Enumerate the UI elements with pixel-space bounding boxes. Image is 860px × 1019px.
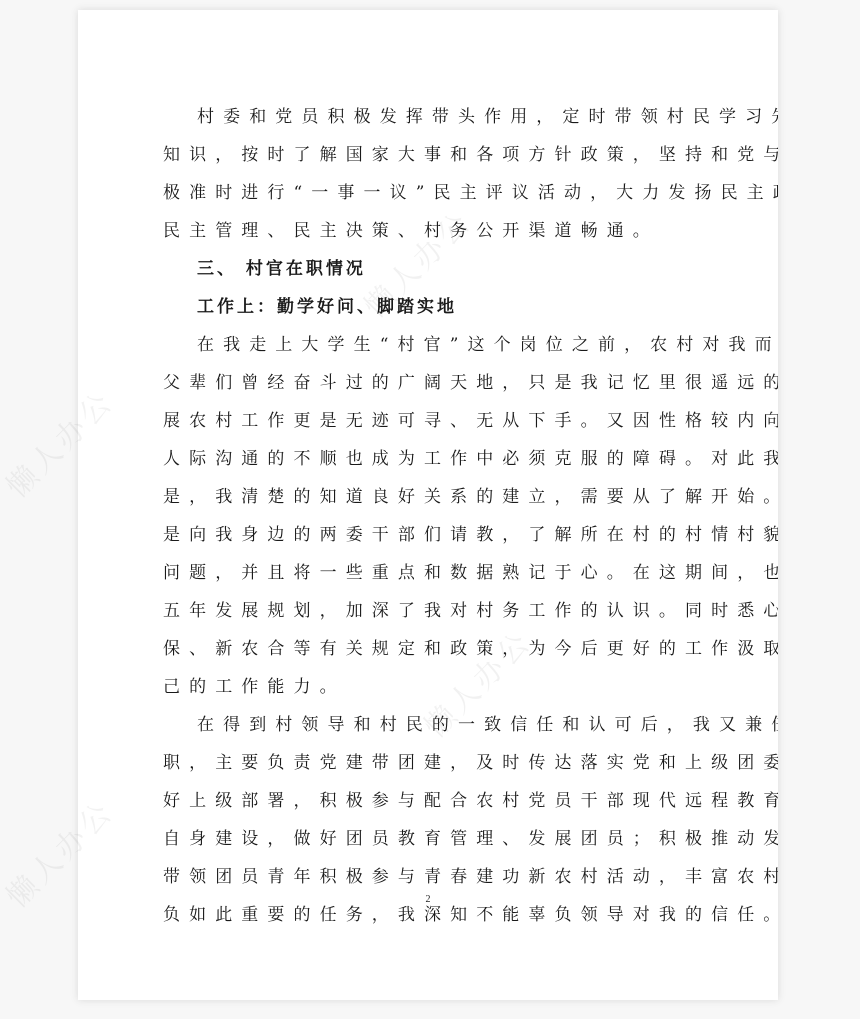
page-number: 2 bbox=[78, 894, 778, 905]
paragraph-line: 是，我清楚的知道良好关系的建立，需要从了解开始。所以我鼓起勇气，先 bbox=[163, 478, 723, 516]
subsection-heading: 工作上：勤学好问、脚踏实地 bbox=[163, 288, 723, 326]
paragraph-line: 自身建设，做好团员教育管理、发展团员；积极推动发展，团结支部一班人， bbox=[163, 820, 723, 858]
paragraph-line: 在得到村领导和村民的一致信任和认可后，我又兼任了村团支部书记一 bbox=[163, 706, 723, 744]
paragraph-line: 是向我身边的两委干部们请教，了解所在村的村情村貌以及现阶段所存在的 bbox=[163, 516, 723, 554]
paragraph-line: 职，主要负责党建带团建，及时传达落实党和上级团委的决议和指示，落实 bbox=[163, 744, 723, 782]
paragraph-line: 极准时进行“一事一议”民主评议活动，大力发扬民主政治风气。倡导 bbox=[163, 174, 723, 212]
paragraph-line: 知识，按时了解国家大事和各项方针政策，坚持和党与时俱进。每月积 bbox=[163, 136, 723, 174]
paragraph-line: 五年发展规划，加深了我对村务工作的认识。同时悉心学习计划生育、新农 bbox=[163, 592, 723, 630]
paragraph-line: 保、新农合等有关规定和政策，为今后更好的工作汲取知识和经验，提高自 bbox=[163, 630, 723, 668]
paragraph-line: 人际沟通的不顺也成为工作中必须克服的障碍。对此我苦恼过很长时间，但 bbox=[163, 440, 723, 478]
document-body: 村委和党员积极发挥带头作用，定时带领村民学习先进的科学文化 知识，按时了解国家大… bbox=[163, 98, 723, 934]
paragraph-line: 在我走上大学生“村官”这个岗位之前，农村对我而言是熟悉又陌生的， bbox=[163, 326, 723, 364]
paragraph-line: 父辈们曾经奋斗过的广阔天地，只是我记忆里很遥远的零碎片段，而如何开 bbox=[163, 364, 723, 402]
paragraph-line: 好上级部署，积极参与配合农村党员干部现代远程教育的管理等工作；加强 bbox=[163, 782, 723, 820]
section-heading: 三、 村官在职情况 bbox=[163, 250, 723, 288]
paragraph-line: 己的工作能力。 bbox=[163, 668, 723, 706]
paragraph-line: 问题，并且将一些重点和数据熟记于心。在这期间，也尝试起草了南正村的 bbox=[163, 554, 723, 592]
paragraph-line: 展农村工作更是无迹可寻、无从下手。又因性格较内向的原因，不善言辞， bbox=[163, 402, 723, 440]
document-page: 懒人办公 懒人办公 懒人办公 懒人办公 村委和党员积极发挥带头作用，定时带领村民… bbox=[78, 10, 778, 1000]
paragraph-line: 带领团员青年积极参与青春建功新农村活动，丰富农村青年文化等工作。肩 bbox=[163, 858, 723, 896]
paragraph-line: 民主管理、民主决策、村务公开渠道畅通。 bbox=[163, 212, 723, 250]
paragraph-line: 村委和党员积极发挥带头作用，定时带领村民学习先进的科学文化 bbox=[163, 98, 723, 136]
